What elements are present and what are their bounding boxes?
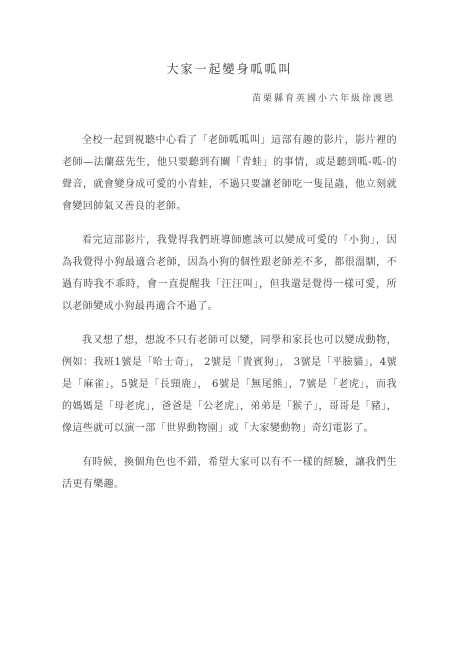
essay-title: 大家一起變身呱呱叫 (62, 60, 397, 77)
essay-paragraph: 有時候，換個角色也不錯，希望大家可以有不一樣的經驗，讓我們生活更有樂趣。 (62, 452, 397, 496)
essay-paragraph: 全校一起到視聽中心看了「老師呱呱叫」這部有趣的影片，影片裡的老師—法蘭茲先生，他… (62, 130, 397, 218)
essay-paragraph: 我又想了想，想說不只有老師可以變，同學和家長也可以變成動物，例如：我班1號是「哈… (62, 330, 397, 440)
essay-page: 大家一起變身呱呱叫 苗栗縣育英國小六年級徐渡恩 全校一起到視聽中心看了「老師呱呱… (0, 0, 458, 648)
essay-byline: 苗栗縣育英國小六年級徐渡恩 (62, 91, 395, 104)
essay-paragraph: 看完這部影片，我覺得我們班導師應該可以變成可愛的「小狗」，因為我覺得小狗最適合老… (62, 230, 397, 318)
essay-body: 全校一起到視聽中心看了「老師呱呱叫」這部有趣的影片，影片裡的老師—法蘭茲先生，他… (62, 130, 397, 496)
